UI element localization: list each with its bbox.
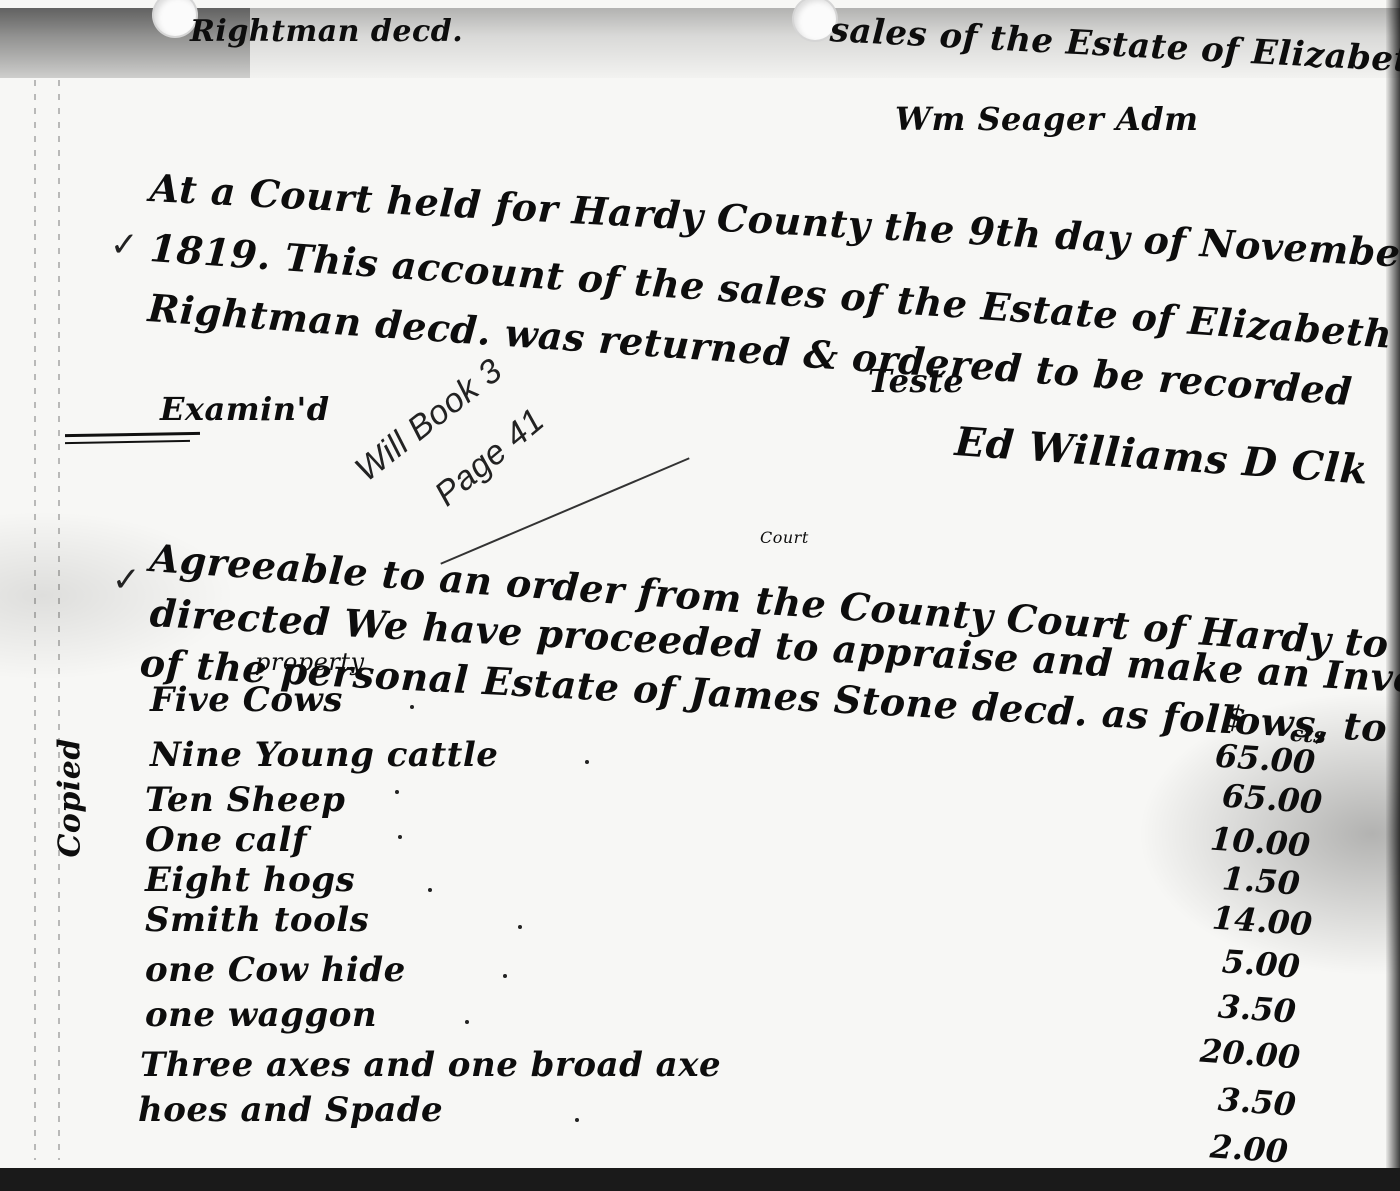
inventory-item: Five Cows bbox=[150, 680, 343, 720]
inventory-amount: 1.50 bbox=[1221, 859, 1301, 902]
currency-dollars-header: $ bbox=[1224, 699, 1247, 735]
examined-label: Examin'd bbox=[160, 390, 330, 428]
interlinear-note: Court bbox=[760, 528, 809, 547]
inventory-item: one waggon bbox=[145, 995, 377, 1035]
leader-dot bbox=[465, 1020, 469, 1024]
inventory-item: hoes and Spade bbox=[138, 1090, 443, 1130]
leader-dot bbox=[428, 888, 432, 892]
inventory-item: Three axes and one broad axe bbox=[140, 1045, 721, 1085]
scan-bottom-edge bbox=[0, 1168, 1400, 1191]
leader-dot bbox=[503, 974, 507, 978]
margin-line bbox=[34, 80, 36, 1160]
scanned-document-page: Rightman decd. sales of the Estate of El… bbox=[0, 0, 1400, 1191]
inventory-amount: 65.00 bbox=[1221, 777, 1324, 822]
administrator-name: Wm Seager Adm bbox=[895, 100, 1198, 138]
inventory-item: One calf bbox=[145, 820, 307, 860]
margin-checkmark-icon: ✓ bbox=[110, 225, 139, 265]
inventory-amount: 14.00 bbox=[1211, 899, 1314, 944]
leader-dot bbox=[518, 925, 522, 929]
inventory-item: Smith tools bbox=[145, 900, 369, 940]
leader-dot bbox=[585, 760, 589, 764]
interlinear-property: property bbox=[255, 648, 365, 676]
inventory-amount: 65.00 bbox=[1214, 737, 1317, 782]
inventory-amount: 10.00 bbox=[1209, 820, 1312, 865]
inventory-amount: 5.00 bbox=[1221, 942, 1301, 985]
inventory-amount: 3.50 bbox=[1217, 1080, 1297, 1123]
leader-dot bbox=[575, 1118, 579, 1122]
inventory-amount: 3.50 bbox=[1217, 987, 1297, 1030]
scan-right-edge-shadow bbox=[1386, 0, 1400, 1191]
margin-line bbox=[58, 80, 60, 1160]
leader-dot bbox=[410, 705, 414, 709]
leader-dot bbox=[398, 835, 402, 839]
inventory-amount: 2.00 bbox=[1209, 1127, 1289, 1170]
inventory-item: Eight hogs bbox=[145, 860, 355, 900]
inventory-item: Nine Young cattle bbox=[150, 735, 498, 775]
clerk-signature: Ed Williams D Clk bbox=[953, 418, 1369, 494]
examined-underline bbox=[65, 432, 200, 437]
inventory-item: one Cow hide bbox=[145, 950, 406, 990]
leader-dot bbox=[395, 790, 399, 794]
inventory-item: Ten Sheep bbox=[145, 780, 345, 820]
header-left-fragment: Rightman decd. bbox=[190, 14, 463, 49]
margin-checkmark-icon: ✓ bbox=[112, 560, 141, 600]
examined-underline bbox=[65, 440, 190, 444]
inventory-amount: 20.00 bbox=[1199, 1032, 1302, 1077]
margin-note-copied: Copied bbox=[53, 738, 88, 857]
teste-label: Teste bbox=[868, 362, 964, 400]
